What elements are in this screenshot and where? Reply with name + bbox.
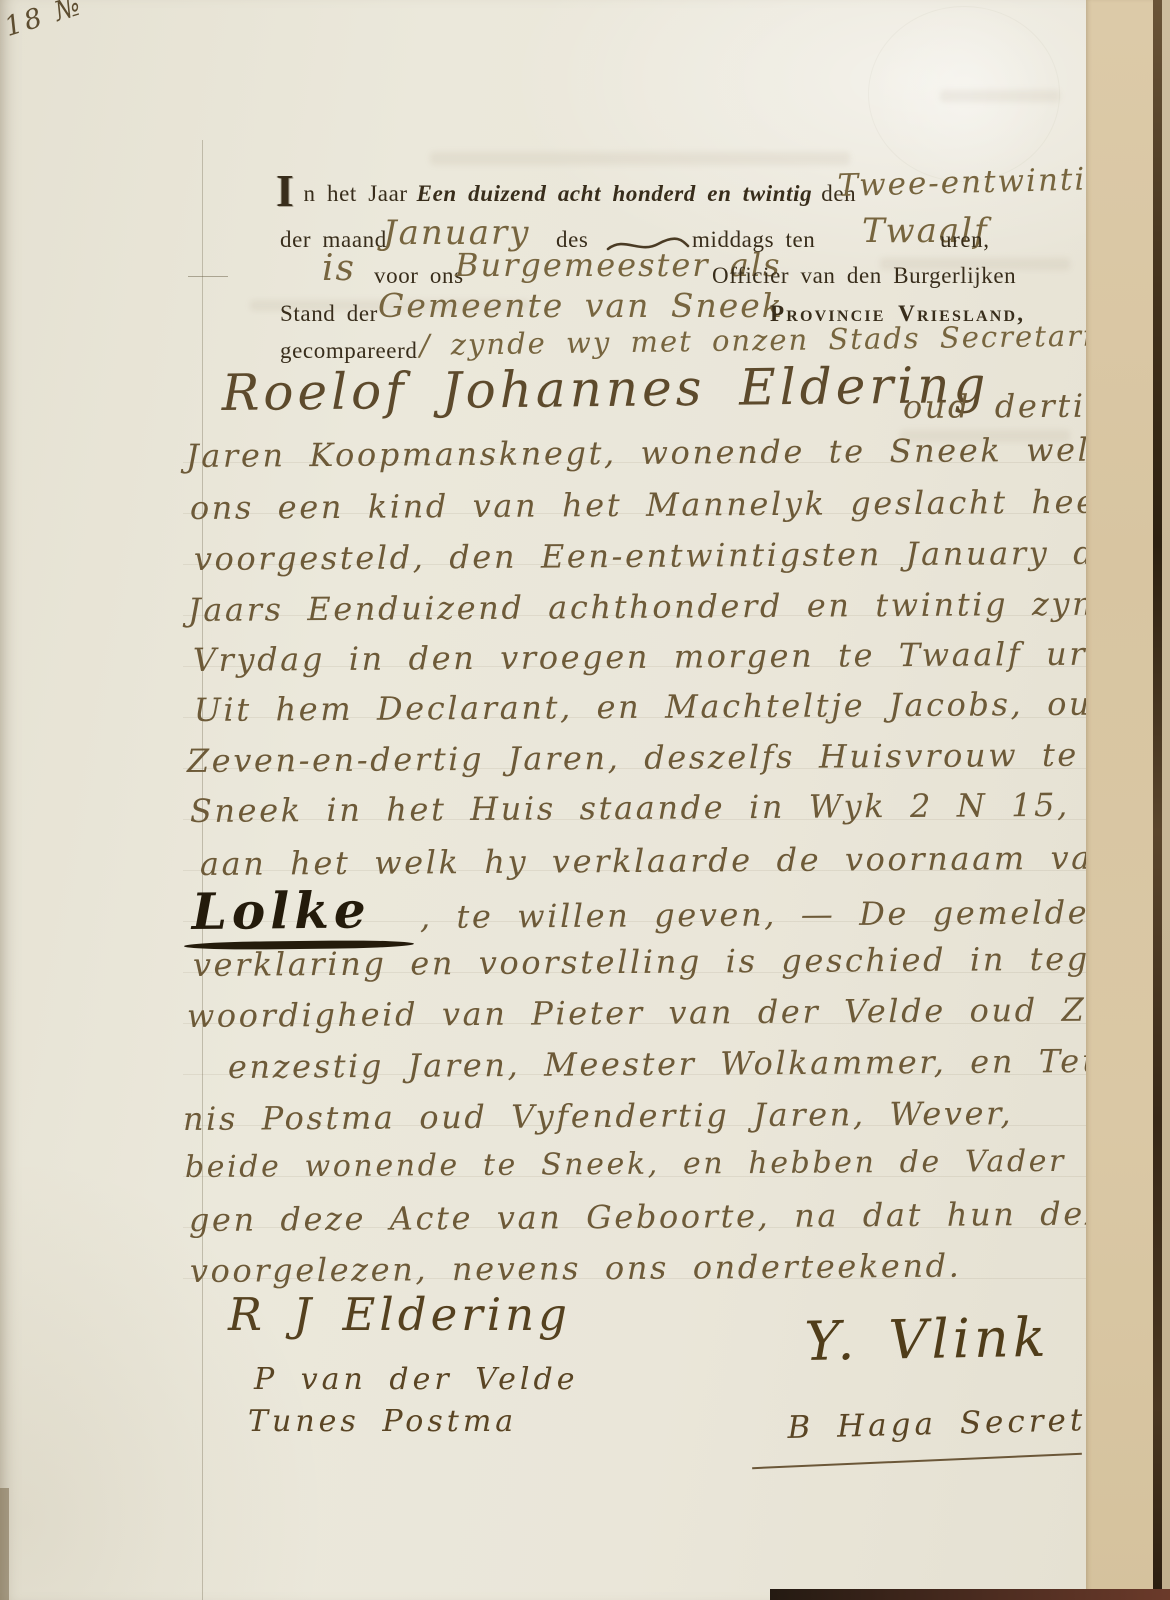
body-line: woordigheid van Pieter van der Velde oud… [187,990,1127,1035]
ink-bleedthrough [940,90,1060,102]
ink-bleedthrough [430,152,850,165]
entry-is: is [322,248,356,289]
child-name: Lolke [191,880,370,941]
signature-witness-1: P van der Velde [254,1362,578,1397]
signature-officer: Y. Vlink [804,1306,1050,1373]
body-line: Vrydag in den vroegen morgen te Twaalf u… [193,634,1132,679]
body-line: gen deze Acte van Geboorte, na dat hun d… [189,1193,1170,1239]
binding-page-edge [1086,0,1153,1600]
body-line: Uit hem Declarant, en Machteltje Jacobs,… [194,685,1116,729]
corner-annotation: 18 № [1,0,87,43]
header-line1: I n het Jaar Een duizend acht honderd en… [276,181,856,207]
child-name-rest: , te willen geven, — De gemelde ver [420,893,1170,936]
margin-dash [188,276,228,277]
body-line: voorgesteld, den Een-entwintigsten Janua… [194,533,1137,578]
body-line: ons een kind van het Mannelyk geslacht h… [190,482,1128,527]
body-line: verklaring en voorstelling is geschied i… [193,939,1135,984]
body-line: Jaren Koopmansknegt, wonende te Sneek we… [186,430,1134,475]
bottom-binding-shadow [770,1589,1170,1600]
printed-text: uren, [940,227,990,253]
printed-text: gecompareerd [280,338,417,364]
body-line: voorgelezen, nevens ons onderteekend. [190,1247,962,1290]
declarant-age: oud dertig [903,387,1109,426]
printed-text: n het Jaar [304,181,408,207]
binding-gutter [1153,0,1162,1600]
body-line: enzestig Jaren, Meester Wolkammer, en Te… [228,1042,1105,1086]
body-line: Zeven-en-dertig Jaren, deszelfs Huisvrou… [187,736,1079,780]
printed-year-text: Een duizend acht honderd en twintig [417,181,813,207]
entry-municipality: Gemeente van Sneek [378,286,784,325]
declarant-name: Roelof Johannes Eldering [221,356,989,422]
body-line: Sneek in het Huis staande in Wyk 2 N 15,… [190,785,1170,830]
birth-record-page: 18 № I n het Jaar Een duizend acht honde… [0,0,1170,1600]
signature-witness-2: Tunes Postma [248,1404,517,1439]
printed-text: Stand der [280,301,378,327]
body-line: Jaars Eenduizend achthonderd en twintig … [188,584,1140,629]
body-line: aan het welk hy verklaarde de voornaam v… [200,839,1116,883]
left-edge-shadow [0,1488,9,1600]
signature-flourish [752,1453,1082,1469]
body-line: beide wonende te Sneek, en hebben de Vad… [185,1143,1170,1185]
body-line: nis Postma oud Vyfendertig Jaren, Wever, [183,1094,1014,1138]
binding-edge-sliver [1162,0,1170,1600]
signature-secretary: B Haga Secrets [787,1402,1107,1446]
signature-declarant: R J Eldering [228,1288,571,1341]
